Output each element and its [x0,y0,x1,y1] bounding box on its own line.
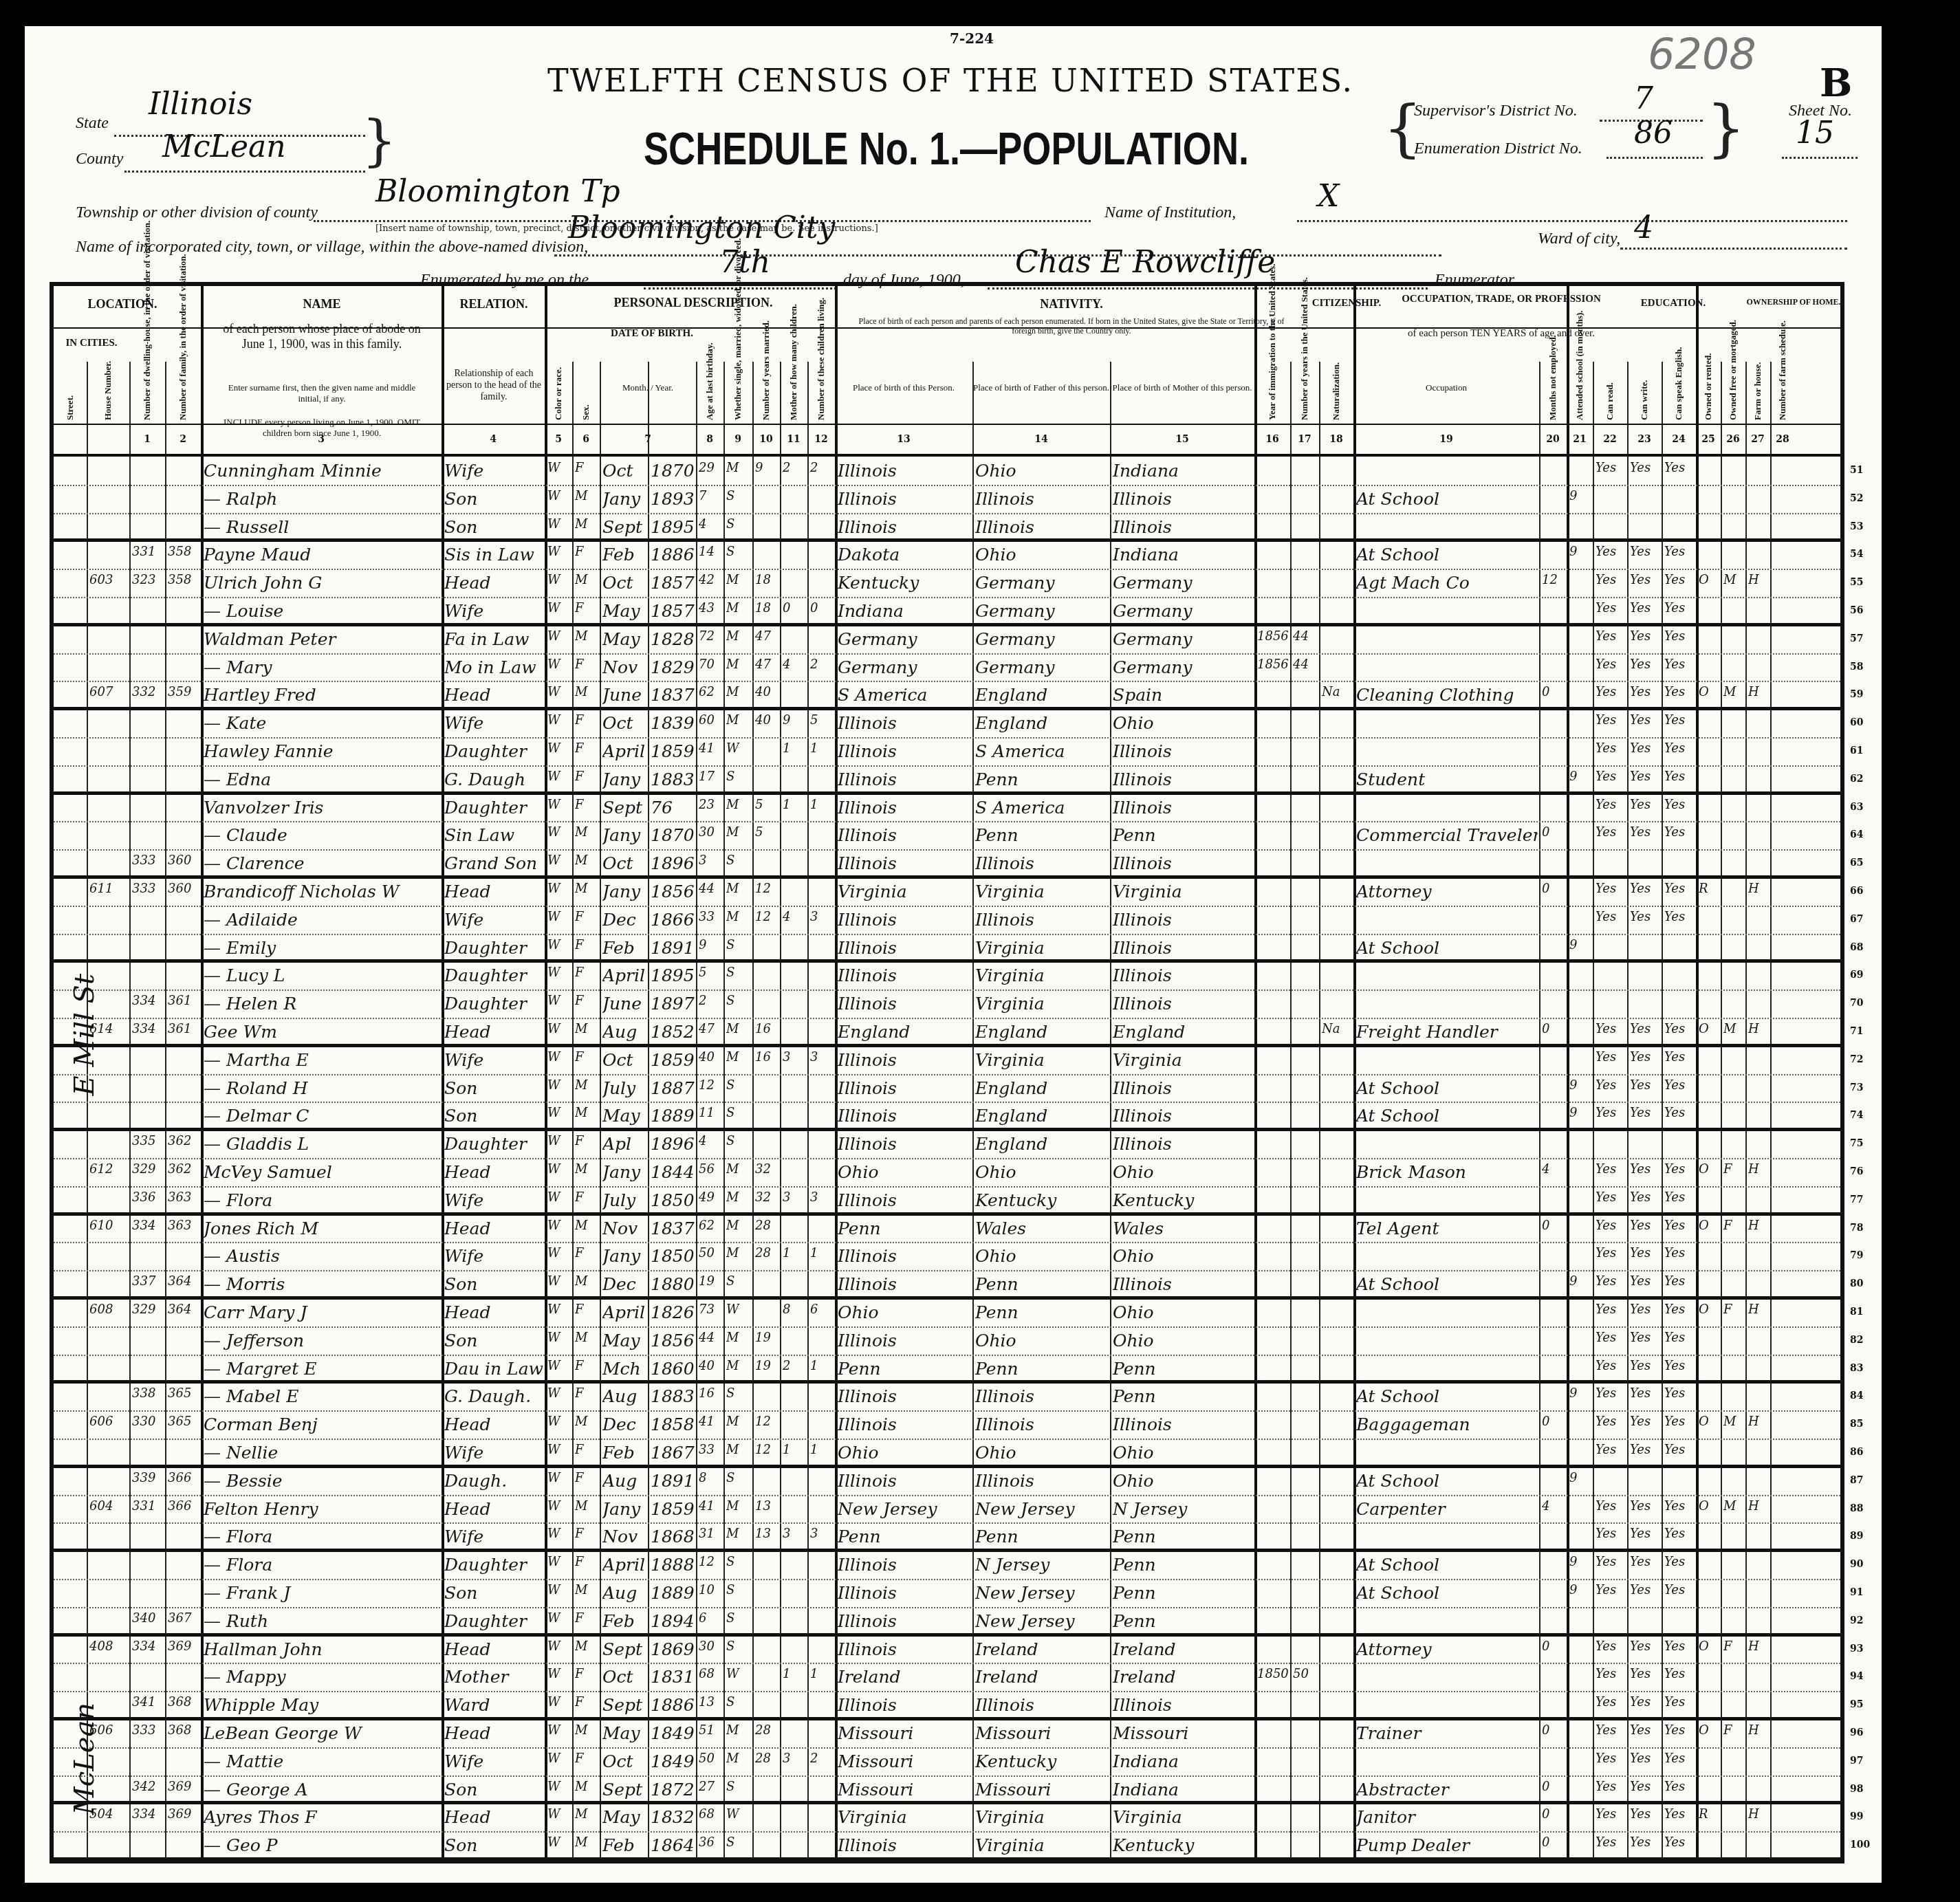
table-row: 606330365Corman BenjHeadWMDec185841M12Il… [54,1412,1840,1440]
cell-bp: Illinois [838,1386,971,1406]
cell-age: 51 [699,1723,722,1738]
cell-color: W [547,461,571,475]
cell-month: Oct [602,461,646,481]
cell-month: Oct [602,1050,646,1070]
cell-ms: S [726,1106,751,1120]
cell-mbp: Illinois [1113,1274,1253,1294]
cell-rel: Daughter [444,938,543,958]
column-header: Age at last birthday. [704,334,715,420]
cell-name: — Louise [204,601,440,621]
cell-eng: Yes [1664,1274,1695,1289]
cell-read: Yes [1596,1639,1626,1654]
cell-name: — Bessie [204,1471,440,1491]
cell-ms: M [726,798,751,812]
cell-eng: Yes [1664,1443,1695,1457]
ward-label: Ward of city, [1538,230,1620,248]
cell-year: 1896 [651,853,695,873]
cell-fbp: England [975,685,1109,705]
cell-ms: M [726,1050,751,1064]
cell-year: 1883 [651,1386,695,1406]
cell-rel: Son [444,1078,543,1098]
cell-ym: 28 [755,1218,778,1233]
line-number: 83 [1850,1363,1863,1374]
cell-rel: Head [444,1302,543,1322]
cell-age: 41 [699,1414,722,1429]
column-number: 13 [835,434,972,445]
line-number: 58 [1850,662,1863,673]
column-header: Whether single, married, widowed, or div… [732,334,743,420]
cell-name: — Morris [204,1274,440,1294]
cell-fm: F [1723,1218,1744,1233]
cell-mbp: Virginia [1113,882,1253,901]
cell-color: W [547,1246,571,1260]
cell-ms: M [726,1723,751,1738]
cell-occ: At School [1356,1471,1538,1491]
enumeration-line [1607,157,1703,159]
cell-ym: 19 [755,1331,778,1345]
cell-cl: 1 [810,798,834,812]
cell-sex: F [575,601,598,615]
column-header: Naturalization. [1331,334,1342,420]
cell-month: Jany [602,825,646,845]
table-row: 342369— George ASonWMSept187227SMissouri… [54,1777,1840,1805]
cell-mbp: Illinois [1113,910,1253,930]
column-number: 15 [1110,434,1254,445]
cell-month: Apl [602,1134,646,1154]
cell-dwell: 334 [132,1022,164,1036]
cell-color: W [547,1611,571,1626]
cell-sex: F [575,1471,598,1485]
cell-dwell: 334 [132,1218,164,1233]
cell-name: Vanvolzer Iris [204,798,440,818]
cell-age: 44 [699,1331,722,1345]
cell-name: — Flora [204,1527,440,1546]
cell-sex: F [575,938,598,952]
cell-year: 1894 [651,1611,695,1631]
table-row: Vanvolzer IrisDaughterWFSept7623M511Illi… [54,795,1840,823]
cell-imm: 1850 [1257,1667,1289,1681]
table-row: — FloraWifeWFNov186831M1333PennPennPennY… [54,1524,1840,1552]
table-row: 604331366Felton HenryHeadWMJany185941M13… [54,1496,1840,1524]
cell-month: Dec [602,910,646,930]
line-number: 70 [1850,998,1863,1009]
cell-name: — Martha E [204,1050,440,1070]
cell-year: 1850 [651,1190,695,1210]
cell-mbp: Penn [1113,1611,1253,1631]
cell-write: Yes [1630,1190,1660,1205]
cell-sex: M [575,1639,598,1654]
table-row: 338365— Mabel EG. Daugh.WFAug188316SIlli… [54,1384,1840,1412]
cell-bp: Ireland [838,1667,971,1687]
cell-yrs: 50 [1293,1667,1318,1681]
cell-eng: Yes [1664,685,1695,699]
cell-read: Yes [1596,1386,1626,1401]
cell-read: Yes [1596,657,1626,672]
line-number: 79 [1850,1250,1863,1261]
cell-rel: Son [444,1106,543,1126]
cell-eng: Yes [1664,545,1695,559]
cell-write: Yes [1630,601,1660,615]
cell-month: Sept [602,1780,646,1800]
cell-year: 1857 [651,601,695,621]
cell-color: W [547,1583,571,1597]
cell-rel: G. Daugh [444,769,543,789]
cell-rel: Daughter [444,741,543,761]
cell-read: Yes [1596,1583,1626,1597]
cell-bp: Illinois [838,489,971,509]
cell-fbp: Ireland [975,1667,1109,1687]
cell-read: Yes [1596,1190,1626,1205]
cell-fam: 365 [168,1414,199,1429]
cell-cl: 1 [810,1443,834,1457]
cell-eng: Yes [1664,1723,1695,1738]
line-number: 89 [1850,1531,1863,1542]
cell-bp: Illinois [838,1190,971,1210]
cell-month: Nov [602,657,646,677]
line-number: 85 [1850,1419,1863,1430]
cell-mbp: Illinois [1113,938,1253,958]
cell-mc: 3 [783,1050,806,1064]
cell-bp: Indiana [838,601,971,621]
cell-dwell: 333 [132,1723,164,1738]
cell-rel: Head [444,1499,543,1519]
cell-age: 41 [699,1499,722,1513]
cell-fh: H [1748,1723,1769,1738]
cell-dwell: 333 [132,853,164,868]
cell-age: 56 [699,1162,722,1177]
cell-age: 47 [699,1022,722,1036]
line-number: 76 [1850,1166,1863,1177]
cell-color: W [547,1022,571,1036]
cell-fam: 365 [168,1386,199,1401]
cell-fbp: Illinois [975,1414,1109,1434]
cell-rel: Daughter [444,965,543,985]
cell-fbp: Germany [975,657,1109,677]
cell-eng: Yes [1664,1639,1695,1654]
cell-eng: Yes [1664,1499,1695,1513]
cell-dwell: 329 [132,1302,164,1317]
line-number: 92 [1850,1615,1863,1626]
city-value: Bloomington City [568,210,835,245]
cell-ms: S [726,965,751,980]
cell-ms: W [726,1302,751,1317]
cell-age: 62 [699,1218,722,1233]
nativity-description: Place of birth of each person and parent… [858,316,1285,336]
table-row: 612329362McVey SamuelHeadWMJany184456M32… [54,1159,1840,1188]
cell-mbp: Illinois [1113,769,1253,789]
cell-eng: Yes [1664,657,1695,672]
cell-sex: M [575,489,598,503]
cell-write: Yes [1630,1274,1660,1289]
cell-month: July [602,1190,646,1210]
cell-read: Yes [1596,1751,1626,1766]
cell-fam: 368 [168,1723,199,1738]
cell-ms: W [726,1667,751,1681]
cell-dwell: 339 [132,1471,164,1485]
document-title: TWELFTH CENSUS OF THE UNITED STATES. [547,62,1353,99]
cell-bp: Virginia [838,882,971,901]
cell-age: 36 [699,1835,722,1850]
cell-mbp: Germany [1113,573,1253,593]
cell-fbp: New Jersey [975,1583,1109,1603]
cell-color: W [547,1639,571,1654]
cell-read: Yes [1596,1414,1626,1429]
cell-eng: Yes [1664,1807,1695,1822]
cell-dwell: 331 [132,1499,164,1513]
cell-year: 1832 [651,1807,695,1827]
cell-yrs: 44 [1293,657,1318,672]
cell-fbp: New Jersey [975,1499,1109,1519]
supervisor-label: Supervisor's District No. [1414,102,1578,120]
cell-bp: Illinois [838,1471,971,1491]
cell-mbp: Illinois [1113,1106,1253,1126]
cell-rel: Head [444,1218,543,1238]
cell-month: April [602,1302,646,1322]
cell-mbp: N Jersey [1113,1499,1253,1519]
cell-bp: Illinois [838,1134,971,1154]
column-number: 6 [572,434,600,445]
cell-write: Yes [1630,1780,1660,1794]
cell-month: Feb [602,1443,646,1463]
cell-eng: Yes [1664,1359,1695,1373]
cell-mbp: Virginia [1113,1807,1253,1827]
table-row: — ClaudeSin LawWMJany187030M5IllinoisPen… [54,822,1840,851]
line-number: 51 [1850,465,1863,476]
cell-color: W [547,1190,571,1205]
cell-rel: Wife [444,1443,543,1463]
column-header: Place of birth of this Person. [835,382,972,393]
cell-name: — Adilaide [204,910,440,930]
cell-rel: Wife [444,1246,543,1266]
cell-ms: M [726,1359,751,1373]
cell-read: Yes [1596,1835,1626,1850]
cell-mbp: Ohio [1113,1443,1253,1463]
cell-ym: 28 [755,1723,778,1738]
cell-name: — Delmar C [204,1106,440,1126]
cell-rel: Head [444,1162,543,1182]
cell-own: O [1699,1022,1719,1036]
cell-eng: Yes [1664,1022,1695,1036]
cell-write: Yes [1630,713,1660,728]
cell-dwell: 334 [132,1639,164,1654]
cell-sex: M [575,1274,598,1289]
cell-eng: Yes [1664,629,1695,644]
street-name-2: McLean [69,1703,100,1815]
cell-age: 50 [699,1246,722,1260]
cell-rel: Son [444,1780,543,1800]
cell-eng: Yes [1664,1162,1695,1177]
cell-eng: Yes [1664,1386,1695,1401]
cell-year: 1888 [651,1555,695,1575]
cell-rel: Sis in Law [444,545,543,565]
cell-fbp: Virginia [975,994,1109,1014]
cell-mbp: Illinois [1113,1078,1253,1098]
cell-name: — Nellie [204,1443,440,1463]
cell-age: 68 [699,1807,722,1822]
cell-month: May [602,1723,646,1743]
table-row: — MaryMo in LawWFNov182970M4742GermanyGe… [54,655,1840,683]
cell-bp: Penn [838,1527,971,1546]
table-row: 331358Payne MaudSis in LawWFFeb188614SDa… [54,542,1840,570]
line-number: 88 [1850,1503,1863,1514]
cell-color: W [547,1695,571,1709]
cell-mbp: Penn [1113,1527,1253,1546]
cell-mc: 1 [783,1246,806,1260]
cell-fbp: Illinois [975,853,1109,873]
cell-occ: Janitor [1356,1807,1538,1827]
cell-color: W [547,601,571,615]
column-header: Can speak English. [1673,334,1684,420]
cell-fam: 363 [168,1190,199,1205]
sheet-letter: B [1820,61,1852,106]
cell-read: Yes [1596,825,1626,840]
cell-dwell: 336 [132,1190,164,1205]
cell-write: Yes [1630,1414,1660,1429]
cell-mne: 0 [1542,1780,1565,1794]
cell-rel: Sin Law [444,825,543,845]
column-number: 19 [1353,434,1539,445]
cell-ym: 12 [755,1443,778,1457]
cell-fbp: Penn [975,1527,1109,1546]
cell-mbp: Kentucky [1113,1190,1253,1210]
cell-year: 1837 [651,1218,695,1238]
cell-year: 1886 [651,545,695,565]
cell-eng: Yes [1664,769,1695,784]
cell-age: 49 [699,1190,722,1205]
cell-mbp: Indiana [1113,545,1253,565]
cell-name: — Flora [204,1190,440,1210]
cell-color: W [547,1780,571,1794]
cell-age: 23 [699,798,722,812]
column-header: Place of birth of Father of this person. [972,382,1110,393]
cell-rel: Mother [444,1667,543,1687]
cell-read: Yes [1596,1274,1626,1289]
cell-color: W [547,1134,571,1148]
cell-ms: M [726,1527,751,1541]
cell-fbp: Illinois [975,910,1109,930]
cell-fm: F [1723,1302,1744,1317]
cell-age: 31 [699,1527,722,1541]
cell-year: 1856 [651,882,695,901]
cell-month: July [602,1078,646,1098]
cell-color: W [547,1751,571,1766]
table-row: — JeffersonSonWMMay185644M19IllinoisOhio… [54,1328,1840,1356]
cell-fam: 364 [168,1274,199,1289]
cell-year: 1891 [651,1471,695,1491]
cell-mbp: Wales [1113,1218,1253,1238]
cell-ym: 12 [755,882,778,896]
cell-name: — Austis [204,1246,440,1266]
cell-bp: Missouri [838,1723,971,1743]
cell-ms: S [726,489,751,503]
cell-year: 1831 [651,1667,695,1687]
cell-age: 44 [699,882,722,896]
cell-year: 1859 [651,1499,695,1519]
cell-color: W [547,1667,571,1681]
cell-occ: Freight Handler [1356,1022,1538,1042]
cell-year: 1896 [651,1134,695,1154]
cell-fbp: Penn [975,1359,1109,1379]
cell-rel: Dau in Law [444,1359,543,1379]
cell-age: 62 [699,685,722,699]
cell-sch: 9 [1569,489,1591,503]
line-number: 54 [1850,549,1863,560]
cell-ms: M [726,1218,751,1233]
cell-write: Yes [1630,1443,1660,1457]
cell-mbp: Illinois [1113,1414,1253,1434]
cell-bp: Illinois [838,965,971,985]
cell-dwell: 338 [132,1386,164,1401]
cell-name: — Margret E [204,1359,440,1379]
cell-fbp: Germany [975,601,1109,621]
table-row: — EmilyDaughterWFFeb18919SIllinoisVirgin… [54,935,1840,963]
cell-mbp: Ohio [1113,1246,1253,1266]
cell-name: Hartley Fred [204,685,440,705]
cell-write: Yes [1630,769,1660,784]
table-row: — Martha EWifeWFOct185940M1633IllinoisVi… [54,1047,1840,1075]
cell-sex: M [575,1331,598,1345]
cell-mne: 0 [1542,825,1565,840]
column-number: 26 [1721,434,1745,445]
cell-ym: 5 [755,825,778,840]
cell-ms: S [726,938,751,952]
cell-rel: Mo in Law [444,657,543,677]
cell-bp: Illinois [838,517,971,537]
cell-eng: Yes [1664,1106,1695,1120]
cell-color: W [547,769,571,784]
column-number: 18 [1319,434,1353,445]
cell-write: Yes [1630,1050,1660,1064]
institution-label: Name of Institution, [1104,204,1236,222]
cell-eng: Yes [1664,1527,1695,1541]
line-number: 65 [1850,857,1863,868]
cell-ym: 9 [755,461,778,475]
cell-eng: Yes [1664,601,1695,615]
cell-mbp: Illinois [1113,994,1253,1014]
cell-fbp: Germany [975,629,1109,649]
cell-write: Yes [1630,1835,1660,1850]
cell-ms: M [726,1162,751,1177]
cell-eng: Yes [1664,1246,1695,1260]
cell-eng: Yes [1664,1218,1695,1233]
cell-sex: M [575,517,598,532]
cell-name: — Frank J [204,1583,440,1603]
cell-fam: 360 [168,882,199,896]
cell-fam: 369 [168,1807,199,1822]
cell-occ: Carpenter [1356,1499,1538,1519]
cell-sex: F [575,994,598,1008]
cell-fam: 361 [168,1022,199,1036]
cell-month: Feb [602,1835,646,1855]
cell-write: Yes [1630,1667,1660,1681]
cell-mne: 0 [1542,685,1565,699]
cell-sch: 9 [1569,769,1591,784]
cell-ms: S [726,994,751,1008]
cell-occ: At School [1356,489,1538,509]
cell-name: — Geo P [204,1835,440,1855]
cell-mne: 4 [1542,1162,1565,1177]
cell-age: 50 [699,1751,722,1766]
cell-mc: 2 [783,1359,806,1373]
cell-name: — Mappy [204,1667,440,1687]
cell-fbp: Virginia [975,965,1109,985]
cell-name: Ulrich John G [204,573,440,593]
cell-eng: Yes [1664,1302,1695,1317]
section-education: EDUCATION. [1604,297,1742,309]
cell-age: 40 [699,1359,722,1373]
cell-year: 1883 [651,769,695,789]
cell-cl: 2 [810,1751,834,1766]
